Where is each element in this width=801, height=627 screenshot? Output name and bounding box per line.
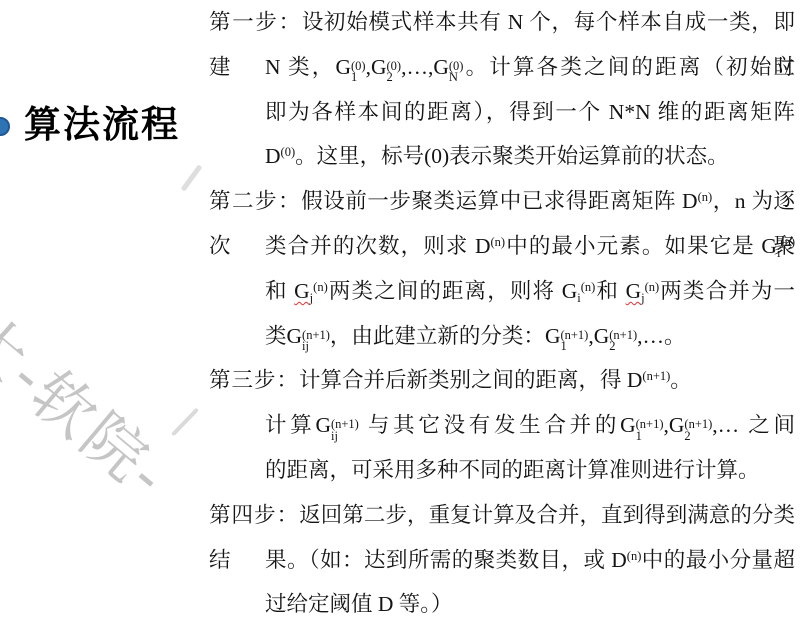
math-notation-stacked: G(0)1 [335,55,365,79]
subscript: ij [331,431,359,443]
math-base: G [620,413,636,437]
steps-content: 第一步：设初始模式样本共有 N 个，每个样本自成一类，即建立N 类，G(0)1,… [209,0,795,627]
superscript: (n) [645,280,660,294]
text-segment: ,…。 [637,324,685,348]
text-segment: 类 [265,324,287,348]
math-scripts: (0)1 [351,61,366,84]
text-segment: 。这里，标号(0)表示聚类开始运算前的状态。 [295,144,729,168]
subscript: ij [302,341,330,353]
watermark: 南大-软院- [0,246,192,516]
superscript: (n+1) [642,369,670,383]
math-base: G [287,324,303,348]
math-notation-stacked: G(n+1)2 [669,413,712,437]
superscript: (n) [491,235,506,249]
text-segment: 两类之间的距离，则将 [328,279,562,303]
watermark-fragment [181,164,203,191]
text-segment: 中的最小元素。如果它是 [505,234,761,258]
text-line-13: 果。（如：达到所需的聚类数目，或 D(n)中的最小分量超 [209,538,795,583]
math-base: G [371,55,387,79]
subscript: 2 [684,431,712,443]
math-notation-stacked: G(n+1)ij [315,413,358,437]
step-label: 第三步： [209,368,299,392]
text-segment: 即为各样本间的距离），得到一个 N*N 维的距离矩阵 [265,100,795,124]
text-segment: 。计算各类之间的距离（初始时 [463,55,795,79]
math-notation-misspelled: Gj [294,279,313,303]
subscript: 1 [636,431,664,443]
math-notation-stacked: G(n+1)1 [545,324,588,348]
text-segment: 。 [670,368,692,392]
math-notation-stacked: G(n+1)ij [287,324,330,348]
text-line-6: 类合并的次数，则求 D(n)中的最小元素。如果它是 Gi(n) [209,224,795,269]
text-line-2: N 类，G(0)1,G(0)2,…,G(0)N。计算各类之间的距离（初始时 [209,45,795,90]
text-line-12: 第四步：返回第二步，重复计算及合并，直到得到满意的分类结 [209,493,795,538]
text-segment: 类合并的次数，则求 D [265,234,491,258]
math-scripts: (n+1)ij [302,330,330,353]
superscript: (n) [698,190,713,204]
math-base: G [433,55,449,79]
text-line-4: D(0)。这里，标号(0)表示聚类开始运算前的状态。 [209,134,795,179]
text-segment: 中的最小分量超 [641,548,795,572]
subscript: N [449,72,464,84]
math-scripts: (n+1)2 [609,330,637,353]
text-line-3: 即为各样本间的距离），得到一个 N*N 维的距离矩阵 [209,90,795,135]
text-line-8: 类G(n+1)ij，由此建立新的分类：G(n+1)1,G(n+1)2,…。 [209,314,795,359]
text-segment: ,… 之间 [712,413,795,437]
math-notation-misspelled: Gj [626,279,645,303]
math-base: G [335,55,351,79]
subscript: 1 [351,72,366,84]
text-segment: D [265,144,281,168]
math-base: G [669,413,685,437]
text-line-14: 过给定阈值 D 等。） [209,582,795,627]
superscript: (0) [281,145,296,159]
text-line-9: 第三步：计算合并后新类别之间的距离，得 D(n+1)。 [209,358,795,403]
math-notation-stacked: G(0)N [433,55,463,79]
document-page: 算法流程 南大-软院- 第一步：设初始模式样本共有 N 个，每个样本自成一类，即… [0,0,801,627]
math-scripts: (0)2 [386,61,401,84]
math-scripts: (n+1)1 [560,330,588,353]
bullet-icon [0,117,10,136]
text-line-7: 和 Gj(n)两类之间的距离，则将 Gi(n)和 Gj(n)两类合并为一 [209,269,795,314]
text-segment: N 类， [265,55,335,79]
math-notation-stacked: G(n+1)2 [594,324,637,348]
text-segment: ,…, [401,55,433,79]
math-notation: Gi [562,279,581,303]
text-segment: 计算 [265,413,315,437]
text-segment: 果。（如：达到所需的聚类数目，或 D [265,548,627,572]
text-segment: 假设前一步聚类运算中已求得距离矩阵 D [301,189,697,213]
text-line-10: 计算G(n+1)ij 与其它没有发生合并的G(n+1)1,G(n+1)2,… 之… [209,403,795,448]
step-label: 第二步： [209,189,301,213]
math-notation-stacked: G(n+1)1 [620,413,663,437]
text-segment: 的距离，可采用多种不同的距离计算准则进行计算。 [265,458,760,482]
text-segment: ，由此建立新的分类： [330,324,545,348]
text-segment: 与其它没有发生合并的 [359,413,620,437]
math-base: G [315,413,331,437]
superscript: (n) [627,549,642,563]
subscript: 2 [609,341,637,353]
step-label: 第一步： [209,10,302,34]
step-label: 第四步： [209,503,299,527]
math-notation-stacked: G(0)2 [371,55,401,79]
text-segment: 两类合并为一 [659,279,795,303]
math-scripts: (n+1)ij [331,419,359,442]
text-line-5: 第二步：假设前一步聚类运算中已求得距离矩阵 D(n)，n 为逐次聚 [209,179,795,224]
text-segment: 和 [595,279,625,303]
math-scripts: (0)N [449,61,464,84]
math-scripts: (n+1)1 [636,419,664,442]
text-line-1: 第一步：设初始模式样本共有 N 个，每个样本自成一类，即建立 [209,0,795,45]
math-notation: Gi [761,234,780,258]
superscript: (n) [780,235,795,249]
subscript: 2 [386,72,401,84]
math-base: G [545,324,561,348]
text-segment: 过给定阈值 D 等。） [265,592,453,616]
math-scripts: (n+1)2 [684,419,712,442]
watermark-fragment [171,408,199,437]
text-segment: 计算合并后新类别之间的距离，得 D [299,368,642,392]
subscript: 1 [560,341,588,353]
section-title: 算法流程 [24,94,180,148]
superscript: (n) [581,280,596,294]
math-base: G [594,324,610,348]
superscript: (n) [313,280,328,294]
text-segment: 和 [265,279,294,303]
text-line-11: 的距离，可采用多种不同的距离计算准则进行计算。 [209,448,795,493]
